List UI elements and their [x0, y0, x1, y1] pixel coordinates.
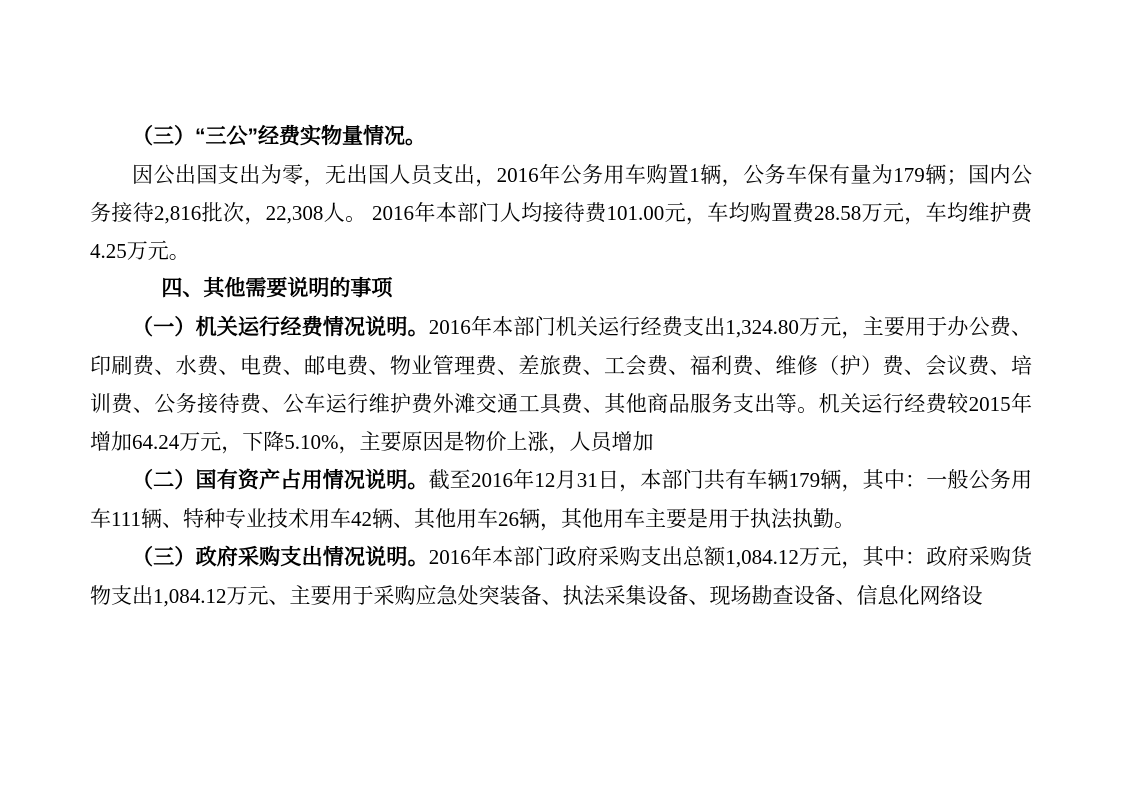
section-heading-three-public-expenses: （三）“三公”经费实物量情况。 [90, 118, 1032, 156]
paragraph-three-public-expenses-details: 因公出国支出为零，无出国人员支出，2016年公务用车购置1辆，公务车保有量为17… [90, 156, 1032, 270]
paragraph-lead-government-procurement: （三）政府采购支出情况说明。 [132, 546, 429, 569]
document-page: （三）“三公”经费实物量情况。 因公出国支出为零，无出国人员支出，2016年公务… [0, 0, 1122, 794]
paragraph-agency-operating-expenses: （一）机关运行经费情况说明。2016年本部门机关运行经费支出1,324.80万元… [90, 308, 1032, 461]
section-heading-other-matters: 四、其他需要说明的事项 [90, 270, 1032, 308]
paragraph-lead-agency-operating-expenses: （一）机关运行经费情况说明。 [132, 316, 429, 339]
paragraph-state-assets-occupancy: （二）国有资产占用情况说明。截至2016年12月31日，本部门共有车辆179辆，… [90, 461, 1032, 538]
paragraph-lead-state-assets-occupancy: （二）国有资产占用情况说明。 [132, 469, 429, 492]
paragraph-government-procurement: （三）政府采购支出情况说明。2016年本部门政府采购支出总额1,084.12万元… [90, 538, 1032, 615]
